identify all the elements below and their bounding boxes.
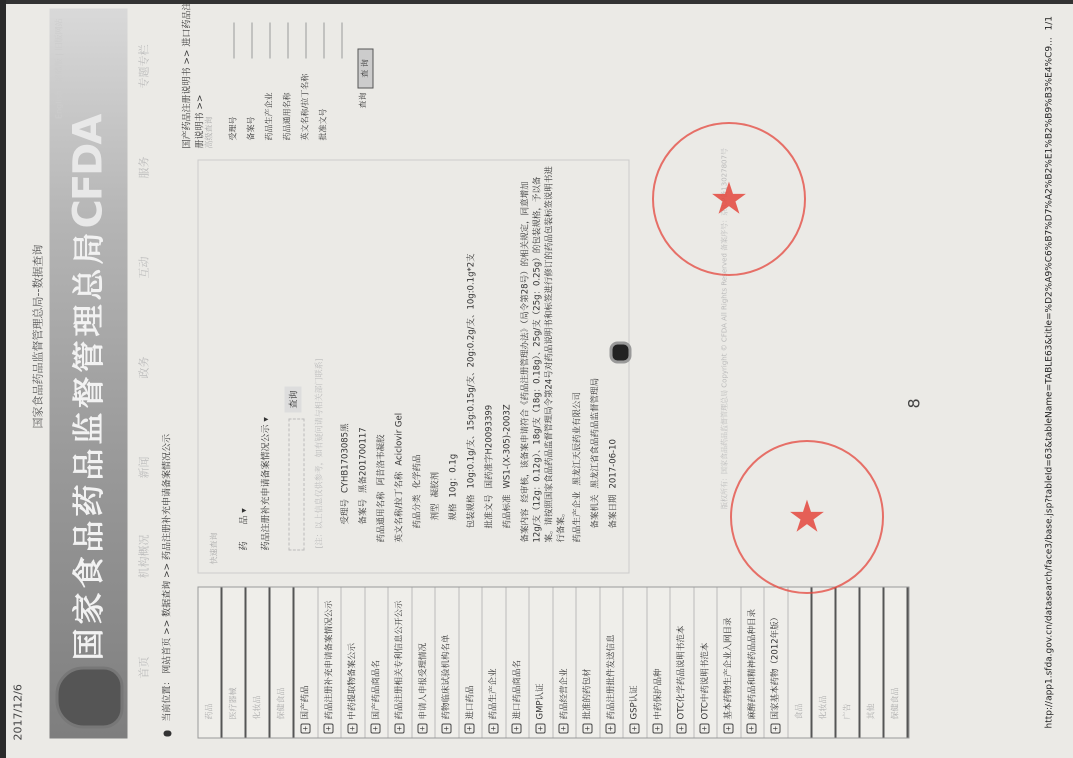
expand-icon[interactable]: +: [512, 724, 522, 734]
sidebar-item-label: 申请人申报受理情况: [418, 643, 428, 720]
expand-icon[interactable]: +: [324, 724, 334, 734]
advanced-field-input[interactable]: [342, 23, 343, 59]
category-value: 品: [240, 516, 250, 525]
field-value: 黑龙江天辰药业有限公司: [573, 392, 583, 486]
field-value: 国药准字H20093399: [485, 405, 495, 489]
sidebar-header-row[interactable]: 药品: [199, 588, 223, 738]
advanced-field-label: 药品通用名称: [282, 93, 293, 141]
expand-icon[interactable]: +: [676, 724, 686, 734]
printed-page: 2017/12/6 国家食品药品监督管理总局--数据查询 国家食品药品监督管理总…: [0, 1, 1073, 758]
location-icon: [163, 731, 171, 737]
expand-icon[interactable]: +: [606, 724, 616, 734]
nav-item[interactable]: 政务: [136, 357, 152, 379]
breadcrumb-separator: >>: [163, 563, 173, 578]
advanced-field-label: 英文名称/拉丁名称: [300, 74, 311, 141]
field-value: 化学药品: [413, 454, 423, 488]
field-label: 剂型: [431, 503, 441, 520]
field-label: 包装规格: [467, 494, 477, 528]
site-title: 国家食品药品监督管理总局: [64, 228, 110, 660]
record-field: 备案号黑备201700117: [357, 427, 369, 524]
advanced-field-label: 药品生产企业: [264, 93, 275, 141]
sidebar-item-label: 批准的药包材: [583, 668, 593, 719]
back-to-top-icon[interactable]: [610, 342, 632, 364]
field-label: 英文名称/拉丁名称: [395, 472, 405, 543]
expand-icon[interactable]: +: [488, 724, 498, 734]
search-input[interactable]: [289, 419, 305, 551]
expand-icon[interactable]: +: [582, 724, 592, 734]
expand-icon[interactable]: +: [535, 724, 545, 734]
record-hint: [注：以上信息仅供参考，如有疑问请与相关部门联系]: [314, 358, 325, 548]
breadcrumb-prefix: 当前位置：: [163, 677, 173, 722]
record-field: 英文名称/拉丁名称Aciclovir Gel: [393, 413, 405, 543]
advanced-field-input[interactable]: [252, 23, 253, 59]
sidebar-header-row[interactable]: 化妆品: [247, 588, 271, 738]
chevron-down-icon: ▾: [262, 417, 272, 422]
expand-icon[interactable]: +: [559, 724, 569, 734]
field-value: 2017-06-10: [609, 439, 619, 488]
field-value: 凝胶剂: [431, 472, 441, 498]
field-label: 备案机关: [591, 494, 601, 528]
field-value: 10g:0.1g/支、15g:0.15g/支、20g:0.2g/支、10g:0.…: [467, 253, 477, 488]
company-seal-2: ★: [730, 440, 884, 594]
expand-icon[interactable]: +: [371, 724, 381, 734]
sidebar-footer-row[interactable]: 广告: [836, 588, 860, 738]
nav-item[interactable]: 服务: [136, 157, 152, 179]
expand-icon[interactable]: +: [723, 724, 733, 734]
sidebar-item-label: 药品生产企业: [489, 668, 499, 719]
national-emblem-icon: [56, 667, 124, 729]
record-field: 药品分类化学药品: [411, 454, 423, 528]
field-label: 药品分类: [413, 494, 423, 528]
record-content: 快速查询 药 品 ▾ 药品注册补充申请备案情况公示 ▾ 查询 受理号CYHB17…: [198, 160, 630, 574]
field-value: 阿昔洛韦凝胶: [377, 434, 387, 485]
field-label: 备案内容: [521, 508, 531, 542]
star-icon: ★: [709, 174, 748, 225]
advanced-inputs: [234, 27, 342, 59]
sidebar-item-label: 国产药品: [301, 685, 311, 719]
breadcrumb-item[interactable]: 数据查询: [163, 581, 173, 617]
sidebar-item[interactable]: +GMP认证: [530, 588, 554, 738]
sidebar-item-label: 进口药品商品名: [512, 660, 522, 720]
print-date: 2017/12/6: [12, 684, 25, 740]
sidebar-item[interactable]: +药品注册相关专利信息公开公示: [389, 588, 413, 738]
breadcrumb-item[interactable]: 网站首页: [163, 638, 173, 674]
record-field: 备案内容经审核，该备案申请符合《药品注册管理办法》（局令第28号）的相关规定，同…: [519, 163, 567, 543]
related-link[interactable]: 国产药品注册说明书: [183, 67, 193, 148]
sidebar-item[interactable]: +国产药品商品名: [365, 588, 389, 738]
sidebar-item-label: 药品经营企业: [559, 668, 569, 719]
sidebar-item-label: OTC化学药品说明书范本: [677, 626, 687, 720]
field-label: 批准文号: [485, 494, 495, 528]
record-field: 备案日期2017-06-10: [607, 439, 619, 528]
record-field: 备案机关黑龙江省食品药品监督管理局: [589, 378, 601, 529]
advanced-field-input[interactable]: [270, 23, 271, 59]
record-field: 药品标准WS1-(X-305)-2003Z: [501, 404, 513, 528]
sidebar-item-label: 中药保护品种: [653, 668, 663, 719]
record-field: 受理号CYHB1703085黑: [339, 423, 351, 524]
field-label: 药品通用名称: [377, 491, 387, 542]
chevron-down-icon: ▾: [240, 508, 250, 513]
category-select[interactable]: 药 品 ▾: [237, 508, 250, 550]
sidebar-item-label: 基本药物生产企业入网目录: [724, 617, 734, 719]
sidebar-item-label: GMP认证: [536, 683, 546, 719]
expand-icon[interactable]: +: [700, 724, 710, 734]
record-field: 药品通用名称阿昔洛韦凝胶: [375, 434, 387, 542]
expand-icon[interactable]: +: [418, 724, 428, 734]
expand-icon[interactable]: +: [394, 724, 404, 734]
advanced-field-input[interactable]: [324, 23, 325, 59]
sidebar-item[interactable]: +申请人申报受理情况: [412, 588, 436, 738]
expand-icon[interactable]: +: [629, 724, 639, 734]
sidebar-item-label: 药物临床试验机构名单: [442, 634, 452, 719]
sidebar-item[interactable]: +基本药物生产企业入网目录: [718, 588, 742, 738]
field-value: 黑备201700117: [359, 427, 369, 493]
advanced-query-panel: 高级查询 受理号备案号药品生产企业药品通用名称英文名称/拉丁名称批准文号 查询 …: [198, 19, 628, 149]
subcategory-select[interactable]: 药品注册补充申请备案情况公示 ▾: [259, 417, 272, 550]
sidebar-item-label: GSP认证: [630, 685, 640, 719]
sidebar-item[interactable]: +药物临床试验机构名单: [436, 588, 460, 738]
category-label: 药: [240, 541, 250, 550]
sidebar-item[interactable]: +OTC化学药品说明书范本: [671, 588, 695, 738]
nav-item[interactable]: 机构概况: [136, 535, 152, 579]
expand-icon[interactable]: +: [441, 724, 451, 734]
expand-icon[interactable]: +: [300, 724, 310, 734]
field-value: CYHB1703085黑: [341, 423, 351, 493]
sidebar-item-label: 国产药品商品名: [371, 660, 381, 720]
sidebar-item[interactable]: +药品注册批件发送信息: [600, 588, 624, 738]
sidebar-item-label: 麻醉药品和精神药品品种目录: [747, 609, 757, 720]
record-field: 药品生产企业黑龙江天辰药业有限公司: [571, 392, 583, 543]
field-value: WS1-(X-305)-2003Z: [503, 404, 513, 488]
company-seal-1: ★: [652, 122, 806, 276]
field-label: 药品生产企业: [573, 491, 583, 542]
field-label: 受理号: [341, 499, 351, 525]
handwritten-page-number: 8: [905, 398, 924, 408]
related-links: 国产药品注册说明书 >> 进口药品注册说明书 >>: [180, 1, 206, 149]
record-field: 规格10g：0.1g: [447, 454, 459, 521]
expand-icon[interactable]: +: [747, 724, 757, 734]
sidebar-footer-row[interactable]: 保健食品: [884, 588, 908, 738]
nav-item[interactable]: 新闻: [136, 457, 152, 479]
advanced-field-label: 备案号: [246, 117, 257, 141]
print-url: http://app1.sfda.gov.cn/datasearch/face3…: [1045, 37, 1055, 728]
sidebar-footer-row[interactable]: 其他: [860, 588, 884, 738]
sidebar-item[interactable]: +药品生产企业: [483, 588, 507, 738]
sidebar-item-label: 药品注册相关专利信息公开公示: [395, 600, 405, 719]
breadcrumb-separator: >>: [163, 620, 173, 635]
sidebar-item[interactable]: +GSP认证: [624, 588, 648, 738]
field-label: 备案号: [359, 499, 369, 525]
field-value: 黑龙江省食品药品监督管理局: [591, 378, 601, 489]
record-field: 批准文号国药准字H20093399: [483, 405, 495, 529]
match-label: 查询: [358, 93, 369, 109]
main-nav: 首页 机构概况 新闻 政务 互动 服务 专题专栏: [128, 9, 156, 739]
sidebar-item[interactable]: +药品注册补充申请备案情况公示: [318, 588, 342, 738]
sidebar-header-row[interactable]: 保健食品: [271, 588, 295, 738]
print-title: 国家食品药品监督管理总局--数据查询: [30, 245, 46, 429]
expand-icon[interactable]: +: [653, 724, 663, 734]
breadcrumb: 当前位置： 网站首页 >> 数据查询 >> 药品注册补充申请备案情况公示: [160, 7, 180, 737]
breadcrumb-item[interactable]: 药品注册补充申请备案情况公示: [163, 434, 173, 560]
sidebar-item[interactable]: +国产药品: [295, 588, 319, 738]
sidebar-item[interactable]: +中药提取物备案公示: [342, 588, 366, 738]
record-field: 包装规格10g:0.1g/支、15g:0.15g/支、20g:0.2g/支、10…: [465, 253, 477, 528]
sidebar-item[interactable]: +进口药品: [459, 588, 483, 738]
sidebar-item[interactable]: +国家基本药物（2012年版）: [765, 588, 789, 738]
expand-icon[interactable]: +: [770, 724, 780, 734]
sidebar-item-label: 国家基本药物（2012年版）: [771, 613, 781, 720]
print-header: 2017/12/6: [0, 1, 30, 758]
sidebar-item[interactable]: +药品经营企业: [553, 588, 577, 738]
nav-item[interactable]: 专题专栏: [136, 45, 152, 89]
quick-query-label: 快速查询: [209, 533, 220, 565]
advanced-field-label: 批准文号: [318, 109, 329, 141]
nav-item[interactable]: 首页: [136, 657, 152, 679]
sidebar-footer-row[interactable]: 化妆品: [812, 588, 836, 738]
sidebar-item-label: OTC中药说明书范本: [700, 643, 710, 720]
sidebar-footer-row[interactable]: 食品: [788, 588, 812, 738]
star-icon: ★: [787, 492, 826, 543]
field-value: Aciclovir Gel: [395, 413, 405, 466]
language-links[interactable]: English | 繁體版 | 旧版网站: [54, 19, 65, 119]
nav-item[interactable]: 互动: [136, 257, 152, 279]
expand-icon[interactable]: +: [347, 724, 357, 734]
sidebar-item[interactable]: +批准的药包材: [577, 588, 601, 738]
advanced-field-input[interactable]: [288, 23, 289, 59]
field-label: 备案日期: [609, 494, 619, 528]
sidebar-item[interactable]: +OTC中药说明书范本: [694, 588, 718, 738]
sidebar-header-row[interactable]: 医疗器械: [223, 588, 247, 738]
sidebar-item[interactable]: +进口药品商品名: [506, 588, 530, 738]
record-field: 剂型凝胶剂: [429, 472, 441, 521]
field-value: 经审核，该备案申请符合《药品注册管理办法》（局令第28号）的相关规定，同意增加1…: [521, 166, 567, 542]
advanced-field-input[interactable]: [306, 23, 307, 59]
advanced-field-input[interactable]: [234, 23, 235, 59]
advanced-search-button[interactable]: 查 询: [358, 49, 374, 89]
site-banner: 国家食品药品监督管理总局 CFDA English | 繁體版 | 旧版网站: [50, 9, 128, 739]
field-value: 10g：0.1g: [449, 454, 459, 498]
expand-icon[interactable]: +: [465, 724, 475, 734]
sidebar-item-label: 药品注册批件发送信息: [606, 634, 616, 719]
field-label: 规格: [449, 503, 459, 520]
category-sidebar: 药品医疗器械化妆品保健食品+国产药品+药品注册补充申请备案情况公示+中药提取物备…: [198, 587, 910, 739]
advanced-field-label: 受理号: [228, 117, 239, 141]
cfda-logo: CFDA: [66, 116, 112, 229]
print-page-count: 1/1: [1045, 16, 1055, 30]
sidebar-item-label: 进口药品: [465, 685, 475, 719]
sidebar-item[interactable]: +中药保护品种: [647, 588, 671, 738]
field-label: 药品标准: [503, 494, 513, 528]
sidebar-item[interactable]: +麻醉药品和精神药品品种目录: [741, 588, 765, 738]
sidebar-item-label: 药品注册补充申请备案情况公示: [324, 600, 334, 719]
subcategory-value: 药品注册补充申请备案情况公示: [262, 424, 272, 550]
sidebar-item-label: 中药提取物备案公示: [348, 643, 358, 720]
search-button[interactable]: 查询: [285, 386, 302, 412]
